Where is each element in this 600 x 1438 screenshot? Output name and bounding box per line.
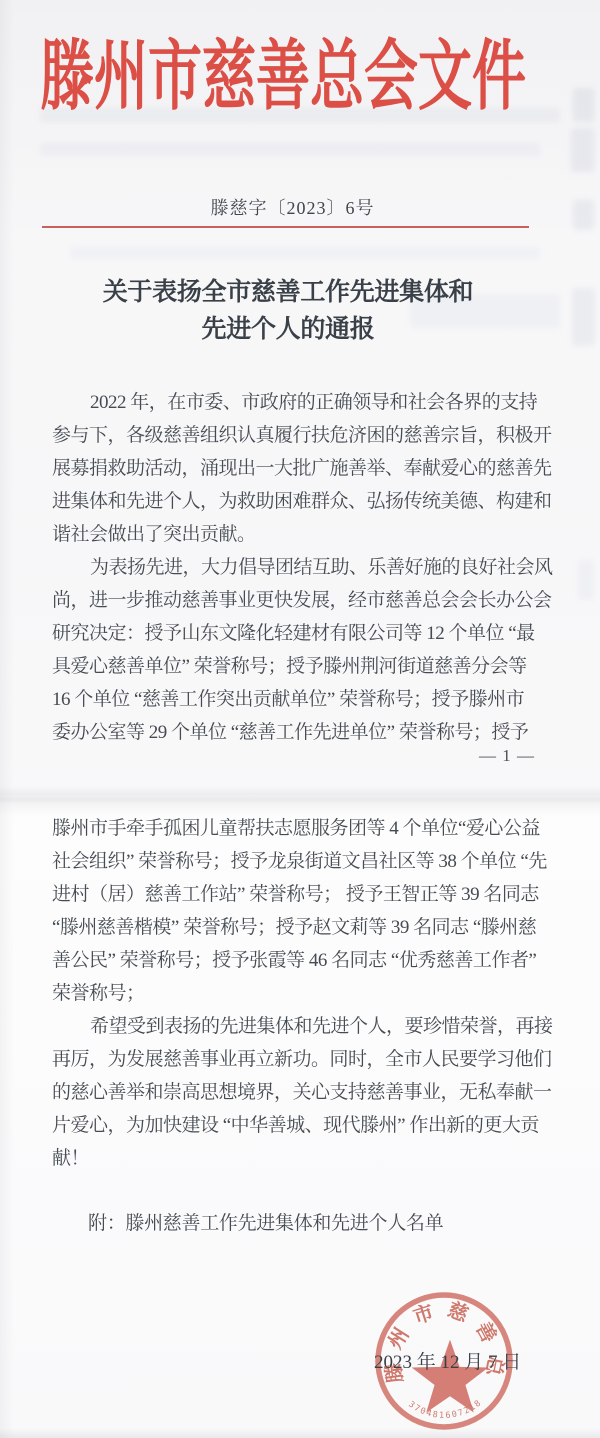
document-text-line: 希望受到表扬的先进集体和先进个人，要珍惜荣誉，再接 xyxy=(52,1010,562,1043)
ink-bleed-through xyxy=(40,142,540,156)
document-text-line: 谐社会做出了突出贡献。 xyxy=(52,518,562,551)
document-text-line: 尚，进一步推动慈善事业更快发展，经市慈善总会会长办公会 xyxy=(52,584,562,617)
page1-body-text: 2022 年，在市委、市政府的正确领导和社会各界的支持参与下，各级慈善组织认真履… xyxy=(52,386,562,749)
document-title-line1: 关于表扬全市慈善工作先进集体和 xyxy=(0,274,588,311)
document-text-line: 委办公室等 29 个单位 “慈善工作先进单位” 荣誉称号；授予 xyxy=(52,716,562,749)
document-text-line: 荣誉称号； xyxy=(52,977,562,1010)
ink-bleed-through xyxy=(70,247,540,259)
document-text-line: 研究决定：授予山东文隆化轻建材有限公司等 12 个单位 “最 xyxy=(52,617,562,650)
document-text-line: 社会组织” 荣誉称号；授予龙泉街道文昌社区等 38 个单位 “先 xyxy=(52,845,562,878)
ink-bleed-through xyxy=(578,560,594,600)
document-text-line: “滕州慈善楷模” 荣誉称号；授予赵文莉等 39 名同志 “滕州慈 xyxy=(52,911,562,944)
document-title-line2: 先进个人的通报 xyxy=(0,311,588,348)
document-text-line: 为表扬先进，大力倡导团结互助、乐善好施的良好社会风 xyxy=(52,551,562,584)
ink-bleed-through xyxy=(573,88,594,122)
document-header-title: 滕州市慈善总会文件 xyxy=(40,16,560,125)
document-text-line: 进集体和先进个人，为救助困难群众、弘扬传统美德、构建和 xyxy=(52,485,562,518)
scanned-document-page: 滕州市慈善总会文件 滕慈字〔2023〕6号 关于表扬全市慈善工作先进集体和 先进… xyxy=(0,0,600,1438)
document-text-line: 滕州市手牵手孤困儿童帮扶志愿服务团等 4 个单位“爱心公益 xyxy=(52,812,562,845)
page2-body-text: 滕州市手牵手孤困儿童帮扶志愿服务团等 4 个单位“爱心公益社会组织” 荣誉称号；… xyxy=(52,812,562,1175)
document-text-line: 参与下，各级慈善组织认真履行扶危济困的慈善宗旨，积极开 xyxy=(52,419,562,452)
document-text-line: 16 个单位 “慈善工作突出贡献单位” 荣誉称号；授予滕州市 xyxy=(52,683,562,716)
document-date: 2023 年 12 月 7 日 xyxy=(374,1347,521,1374)
document-text-line: 再厉，为发展慈善事业再立新功。同时，全市人民要学习他们 xyxy=(52,1043,562,1076)
document-text-line: 展募捐救助活动，涌现出一大批广施善举、奉献爱心的慈善先 xyxy=(52,452,562,485)
page-number: — 1 — xyxy=(0,746,535,766)
document-text-line: 具爱心慈善单位” 荣誉称号；授予滕州荆河街道慈善分会等 xyxy=(52,650,562,683)
document-text-line: 的慈心善举和崇高思想境界，关心支持慈善事业，无私奉献一 xyxy=(52,1076,562,1109)
document-title: 关于表扬全市慈善工作先进集体和 先进个人的通报 xyxy=(0,274,588,348)
document-text-line: 片爱心，为加快建设 “中华善城、现代滕州” 作出新的更大贡 xyxy=(52,1109,562,1142)
document-text-line: 善公民” 荣誉称号；授予张霞等 46 名同志 “优秀慈善工作者” xyxy=(52,944,562,977)
document-text-line: 献！ xyxy=(52,1142,562,1175)
attachment-note: 附：滕州慈善工作先进集体和先进个人名单 xyxy=(88,1208,443,1235)
document-number: 滕慈字〔2023〕6号 xyxy=(0,194,585,220)
header-divider-line xyxy=(42,226,529,228)
ink-bleed-through xyxy=(571,128,594,172)
document-text-line: 进村（居）慈善工作站” 荣誉称号； 授予王智正等 39 名同志 xyxy=(52,878,562,911)
document-text-line: 2022 年，在市委、市政府的正确领导和社会各界的支持 xyxy=(52,386,562,419)
